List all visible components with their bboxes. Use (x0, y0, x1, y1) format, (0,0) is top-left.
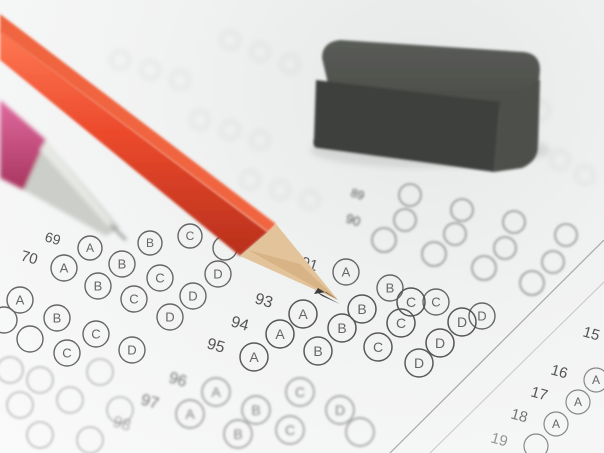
question-number: 95 (205, 336, 227, 357)
bubble-letter: A (16, 293, 25, 308)
question-number: 69 (43, 229, 63, 249)
bubble-letter: D (188, 289, 197, 304)
bubble-letter: D (335, 402, 345, 418)
bubble-letter: B (53, 311, 62, 326)
bubble-letter: A (574, 395, 582, 409)
question-number: 97 (139, 392, 161, 413)
section-divider (390, 240, 604, 453)
bubble-94-b[interactable]: B (337, 320, 346, 336)
bubble-letter: C (295, 384, 305, 400)
middle-block-upper: 89 90 (344, 184, 577, 295)
eraser (310, 40, 550, 172)
bubble-letter: B (146, 236, 154, 250)
bubble-91-d[interactable]: D (477, 309, 486, 324)
bubble-95-b[interactable]: B (313, 343, 322, 359)
bubble-letter: C (62, 346, 71, 361)
question-number: 98 (111, 414, 133, 435)
bubble-letter: B (233, 426, 242, 442)
question-row-95: 95 A B C D (205, 333, 433, 377)
bubble-91-a[interactable]: A (342, 265, 351, 280)
bubble-letter: B (94, 279, 103, 294)
bubble-letter: C (129, 292, 138, 307)
bubble-letter: A (552, 417, 560, 431)
bubble-letter: A (592, 373, 600, 387)
bubble-93-d[interactable]: D (457, 314, 467, 330)
question-number: 15 (581, 324, 602, 345)
bubble-letter: D (165, 310, 174, 325)
bubble-95-c[interactable]: C (373, 339, 383, 355)
question-number: 70 (19, 248, 40, 269)
bubble-93-a[interactable]: A (298, 306, 308, 322)
bubble-letter: D (127, 343, 136, 358)
question-number: 18 (509, 406, 530, 427)
bubble-95-d[interactable]: D (414, 355, 424, 371)
question-rows-96-98: 96 97 98 A B C D A B C (111, 370, 374, 448)
question-number: 16 (549, 362, 570, 383)
bubble-93-c[interactable]: C (406, 294, 416, 310)
right-block: 15 16 17 18 19 A A A (489, 324, 604, 453)
bubble-letter: C (186, 229, 195, 243)
bubble-91-b[interactable]: B (386, 281, 395, 296)
bubble-letter: A (185, 406, 195, 422)
question-number: 19 (489, 430, 510, 451)
question-number: 90 (344, 211, 362, 230)
bubble-93-b[interactable]: B (357, 301, 366, 317)
bubble-95-a[interactable]: A (249, 349, 259, 365)
question-number: 17 (529, 384, 550, 405)
question-number: 94 (229, 314, 251, 335)
scene-svg: 89 90 91 A B C D 93 A B C D 94 (0, 0, 604, 453)
answer-sheet-photo: 89 90 91 A B C D 93 A B C D 94 (0, 0, 604, 453)
question-number: 89 (349, 186, 366, 204)
bubble-letter: C (285, 422, 295, 438)
bubble-letter: C (91, 327, 100, 342)
bubble-91-c[interactable]: C (431, 295, 440, 310)
bubble-letter: A (211, 384, 221, 400)
bubble-letter: A (86, 241, 94, 255)
bubble-letter: B (251, 402, 260, 418)
bubble-letter: D (213, 267, 222, 282)
bubble-letter: A (60, 261, 69, 276)
bubble-letter: C (155, 271, 164, 286)
question-number: 96 (167, 370, 189, 391)
bubble-94-c[interactable]: C (396, 315, 406, 331)
bubble-94-d[interactable]: D (435, 335, 445, 351)
section-divider (430, 282, 604, 453)
bubble-94-a[interactable]: A (275, 326, 285, 342)
question-number: 93 (253, 291, 275, 312)
bubble-letter: B (118, 257, 127, 272)
